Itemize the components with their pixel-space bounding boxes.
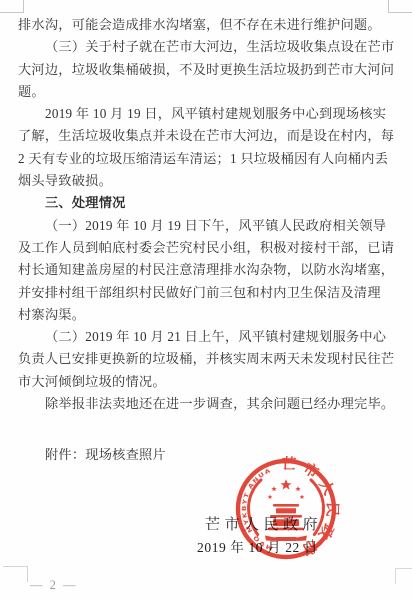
document-text-line: 除举报非法卖地还在进一步调查，其余问题已经办理完毕。 (18, 393, 394, 415)
document-text-line: 村长通知建盖房屋的村民注意清理排水沟杂物，以防水沟堵塞， (18, 259, 394, 281)
document-text-line: 排水沟，可能会造成排水沟堵塞，但不存在未进行维护问题。 (18, 14, 394, 36)
page-number: — 2 — (30, 578, 78, 593)
document-text-line: 并安排村组干部组织村民做好门前三包和村内卫生保洁及清理 (18, 282, 394, 304)
document-text-line: 题。 (18, 81, 394, 103)
document-text-line: 2 天有专业的垃圾压缩清运车清运；1 只垃圾桶因有人向桶内丢 (18, 148, 394, 170)
document-text-line: 村寨沟渠。 (18, 304, 394, 326)
document-text-line: （二）2019 年 10 月 21 日上午，风平镇村建规划服务中心 (18, 326, 394, 348)
document-text-line: 及工作人员到帕底村委会芒究村民小组，积极对接村干部，已请 (18, 237, 394, 259)
document-text-line: （三）关于村子就在芒市大河边，生活垃圾收集点设在芒市 (18, 36, 394, 58)
corner-mark-top-right (388, 0, 412, 13)
document-text-line: 烟头导致破损。 (18, 170, 394, 192)
official-seal: 芒市人民政府 MVQ MYKBYT ANUA (231, 454, 341, 564)
document-text-line: （一）2019 年 10 月 19 日下午，风平镇人民政府相关领导 (18, 215, 394, 237)
document-text-line: 2019 年 10 月 19 日，风平镇村建规划服务中心到现场核实 (18, 103, 394, 125)
document-text-line: 负责人已安排更换新的垃圾桶，并核实周末两天未发现村民往芒 (18, 348, 394, 370)
document-page: 排水沟，可能会造成排水沟堵塞，但不存在未进行维护问题。（三）关于村子就在芒市大河… (0, 0, 412, 600)
document-body: 排水沟，可能会造成排水沟堵塞，但不存在未进行维护问题。（三）关于村子就在芒市大河… (18, 14, 394, 467)
document-text-line: 市大河倾倒垃圾的情况。 (18, 371, 394, 393)
document-text-line: 了解，生活垃圾收集点并未设在芒市大河边，而是设在村内，每 (18, 125, 394, 147)
section-heading: 三、处理情况 (18, 192, 394, 214)
corner-mark-top-left (0, 0, 24, 13)
corner-mark-bottom-right (395, 568, 412, 584)
seal-ring-text: 芒市人民政府 (281, 454, 340, 559)
corner-mark-bottom-left (3, 566, 28, 582)
document-text-line: 大河边，垃圾收集桶破损，不及时更换生活垃圾扔到芒市大河问 (18, 59, 394, 81)
national-emblem-icon (249, 479, 324, 541)
